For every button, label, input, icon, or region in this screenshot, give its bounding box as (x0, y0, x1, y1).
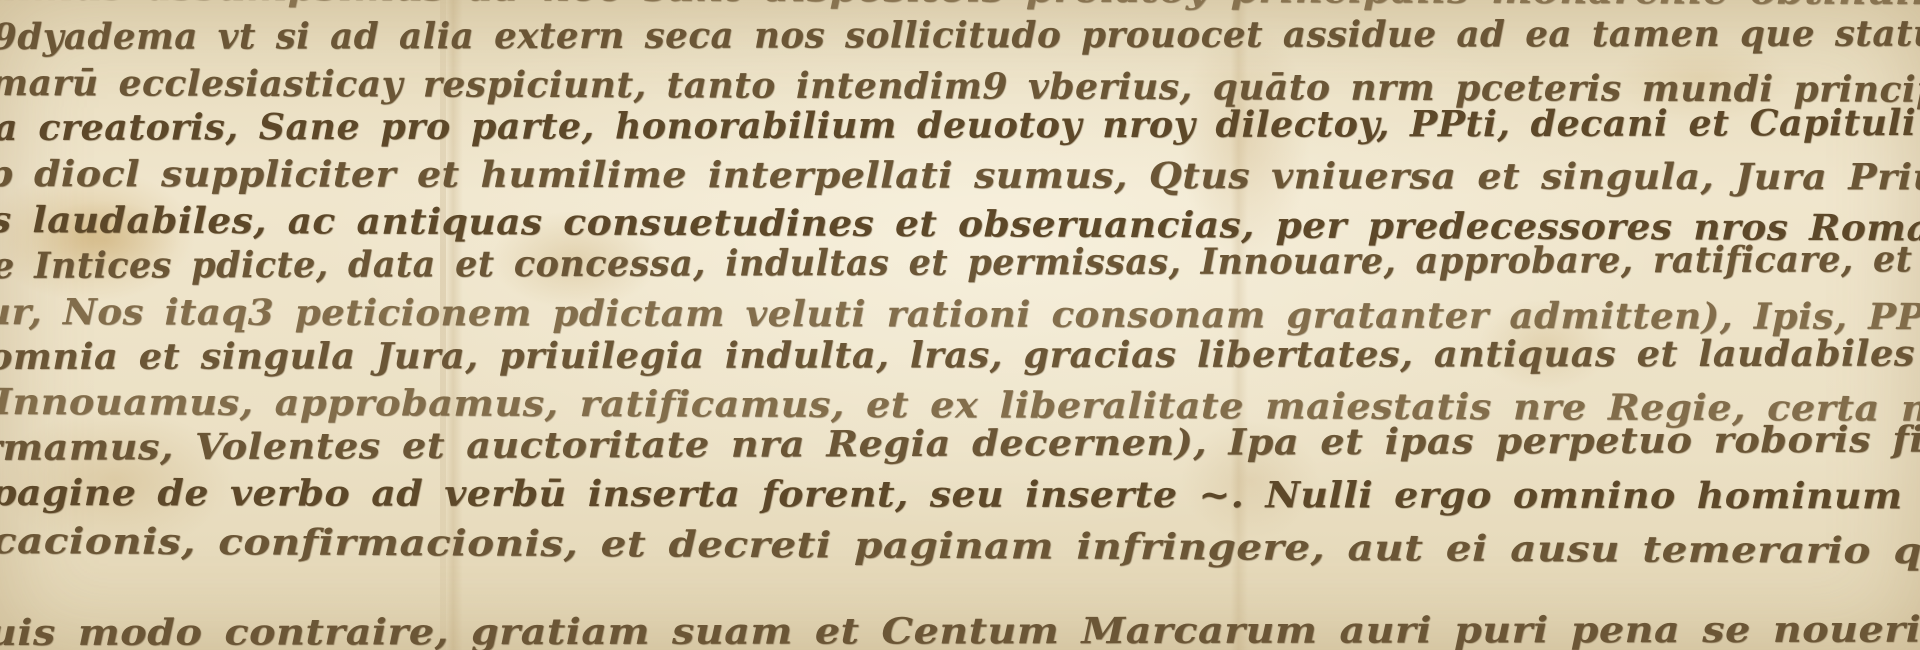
manuscript-text: uimus assumpsimus ad hoc sunt dispositoi… (0, 0, 1920, 650)
manuscript-line-12: pagine de verbo ad verbū inserta forent,… (0, 472, 1920, 518)
manuscript-line-5: p diocl suppliciter et humilime interpel… (0, 153, 1920, 199)
manuscript-line-13: cacionis, confirmacionis, et decreti pag… (0, 520, 1920, 573)
manuscript-line-1: uimus assumpsimus ad hoc sunt dispositoi… (0, 0, 1920, 14)
manuscript-line-8: ur, Nos itaq3 peticionem pdictam veluti … (0, 291, 1920, 339)
manuscript-line-2: 9dyadema vt si ad alia extern seca nos s… (0, 12, 1920, 58)
manuscript-line-9: omnia et singula Jura, priuilegia indult… (0, 332, 1920, 378)
manuscript-line-11: rmamus, Volentes et auctoritate nra Regi… (0, 418, 1920, 469)
manuscript-line-7: e Intices pdicte, data et concessa, indu… (0, 238, 1920, 287)
manuscript-line-4: a creatoris, Sane pro parte, honorabiliu… (0, 102, 1920, 149)
parchment-page: uimus assumpsimus ad hoc sunt dispositoi… (0, 0, 1920, 650)
manuscript-line-14: uis modo contraire, gratiam suam et Cent… (0, 609, 1920, 650)
